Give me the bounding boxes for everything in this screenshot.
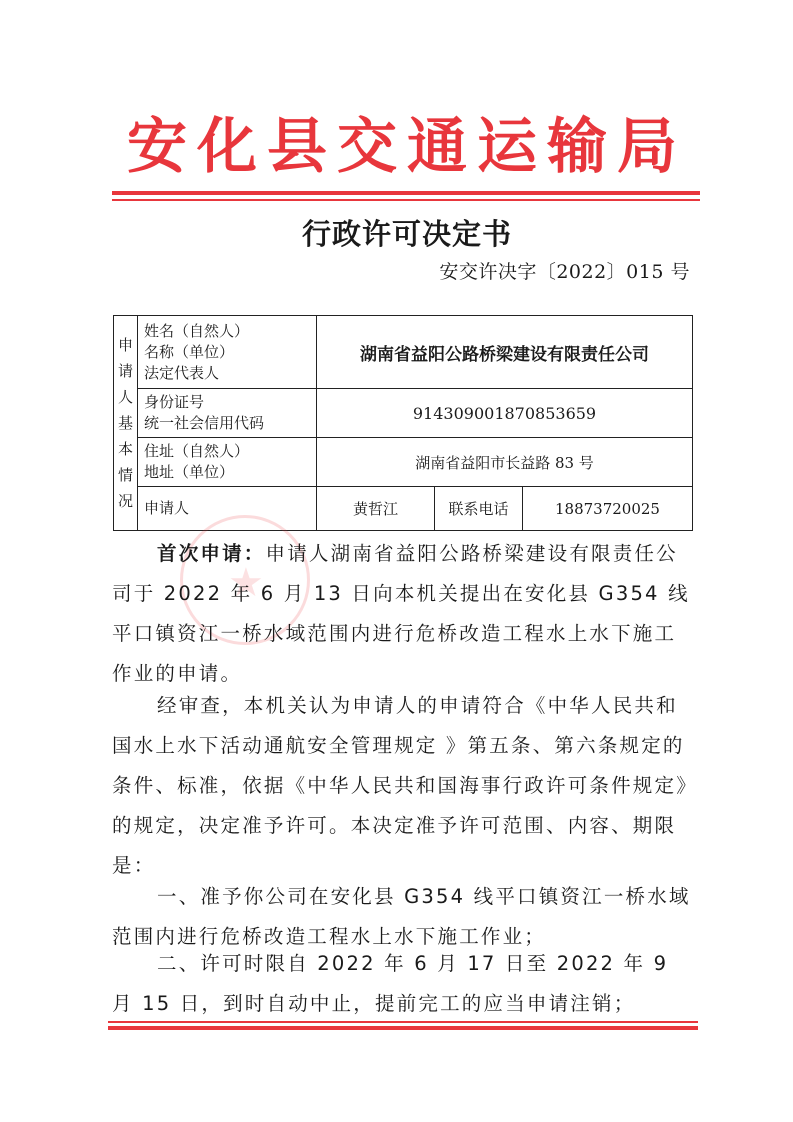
phone-label: 联系电话 [435,487,523,531]
id-label: 身份证号 统一社会信用代码 [138,389,317,438]
agency-masthead: 安化县交通运输局 [112,112,702,182]
address-label: 住址（自然人） 地址（单位） [138,438,317,487]
side-char: 申 [114,332,137,358]
side-char: 情 [114,462,137,488]
footer-rule-thin [108,1021,698,1023]
label-line: 名称（单位） [144,342,310,363]
paragraph-item-two: 二、许可时限自 2022 年 6 月 17 日至 2022 年 9 月 15 日… [112,944,694,1024]
side-char: 请 [114,358,137,384]
applicant-name-value: 黄哲江 [317,487,435,531]
document-title: 行政许可决定书 [112,212,702,253]
side-char: 况 [114,488,137,514]
company-name-value: 湖南省益阳公路桥梁建设有限责任公司 [317,316,693,389]
credit-code-value: 914309001870853659 [317,389,693,438]
label-line: 身份证号 [144,392,310,413]
label-line: 地址（单位） [144,462,310,483]
label-line: 法定代表人 [144,363,310,384]
applicant-info-table: 申 请 人 基 本 情 况 姓名（自然人） 名称（单位） 法定代表人 湖南省益阳… [113,315,693,531]
name-label: 姓名（自然人） 名称（单位） 法定代表人 [138,316,317,389]
address-value: 湖南省益阳市长益路 83 号 [317,438,693,487]
label-line: 姓名（自然人） [144,321,310,342]
paragraph-first-application: 首次申请：申请人湖南省益阳公路桥梁建设有限责任公司于 2022 年 6 月 13… [112,534,694,694]
label-line: 住址（自然人） [144,441,310,462]
document-number: 安交许决字〔2022〕015 号 [439,257,690,284]
side-char: 人 [114,384,137,410]
paragraph-review: 经审查，本机关认为申请人的申请符合《中华人民共和国水上水下活动通航安全管理规定 … [112,686,694,886]
side-char: 基 [114,410,137,436]
side-label: 申 请 人 基 本 情 况 [114,316,138,531]
label-line: 统一社会信用代码 [144,413,310,434]
footer-rule-thick [108,1026,698,1030]
phone-value: 18873720025 [523,487,693,531]
side-char: 本 [114,436,137,462]
first-application-lead: 首次申请： [157,542,266,565]
header-rule-thick [112,191,700,195]
header-rule-thin [112,199,700,201]
